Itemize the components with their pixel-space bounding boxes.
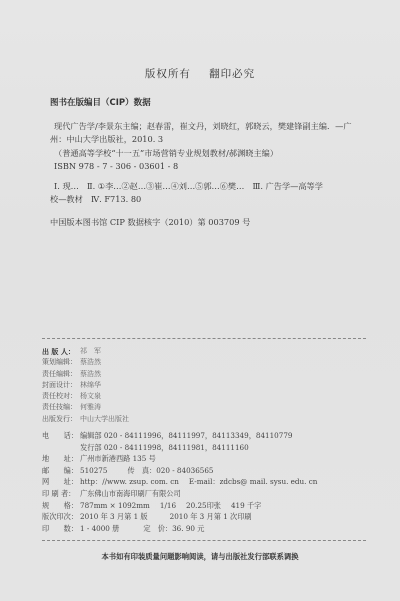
phone-label: 电 话： (42, 430, 80, 442)
cip-line-series: （普通高等学校“十一五”市场营销专业规划教材/郝渊晓主编） (50, 147, 370, 160)
cip-record-number: 中国版本图书馆 CIP 数据核字（2010）第 003709 号 (50, 216, 370, 229)
cip-bibliographic: 现代广告学/李景东主编；赵春雷，崔文丹，刘晓红，郭晓云，樊建锋副主编．—广 州：… (50, 120, 370, 174)
copyright-notice: 版权所有 翻印必究 (0, 66, 400, 81)
fax-value: 020 - 84036565 (156, 465, 213, 477)
credit-row-proofreader: 责任校对： 杨文泉 (42, 391, 372, 402)
spec-format: 1/16 (160, 500, 176, 512)
address-row: 地 址： 广州市新港西路 135 号 (42, 453, 382, 465)
cip-classification-line-2: 校—教材 Ⅳ. F713. 80 (50, 193, 370, 206)
website-row: 网 址： http：//www. zsup. com. cn E-mail： z… (42, 476, 382, 488)
cip-classification-line-1: Ⅰ. 现… Ⅱ. ①李…②赵…③崔…④刘…⑤郭…⑥樊… Ⅲ. 广告学—高等学 (50, 180, 370, 193)
copies-price-row: 印 数： 1 - 4000 册 定 价： 36. 90 元 (42, 523, 382, 535)
credit-label: 策划编辑： (42, 357, 80, 368)
website-value: http：//www. zsup. com. cn (80, 476, 179, 488)
spec-words: 419 千字 (231, 500, 261, 512)
credit-label: 出 版 人： (42, 346, 80, 357)
website-label: 网 址： (42, 476, 80, 488)
credits-list: 出 版 人： 祁 军 策划编辑： 蔡浩然 责任编辑： 蔡浩然 封面设计： 林绵华… (42, 346, 372, 425)
rights-reserved-text: 版权所有 (145, 68, 191, 80)
cip-heading: 图书在版编目（CIP）数据 (50, 96, 151, 108)
printing-value: 2010 年 3 月第 1 次印刷 (170, 511, 252, 523)
credit-label: 责任编辑： (42, 369, 80, 380)
address-label: 地 址： (42, 453, 80, 465)
cip-line-title: 现代广告学/李景东主编；赵春雷，崔文丹，刘晓红，郭晓云，樊建锋副主编．—广 (50, 120, 370, 133)
price-value: 36. 90 元 (172, 523, 204, 535)
postcode-fax-row: 邮 编： 510275 传 真： 020 - 84036565 (42, 465, 382, 477)
phone-editorial: 编辑部 020 - 84111996，84111997，84113349，841… (80, 430, 292, 442)
email-label: E-mail： (189, 476, 220, 488)
credit-value: 祁 军 (80, 346, 101, 357)
credit-label: 出版发行： (42, 414, 80, 425)
phone-row: 电 话： 编辑部 020 - 84111996，84111997，8411334… (42, 430, 382, 442)
credit-row-publisher: 出 版 人： 祁 军 (42, 346, 372, 357)
spec-label: 规 格： (42, 500, 80, 512)
email-value: zdcbs@ mail. sysu. edu. cn (220, 476, 318, 488)
spec-sheets: 20.25印张 (186, 500, 221, 512)
print-quality-notice: 本书如有印装质量问题影响阅读，请与出版社发行部联系调换 (0, 552, 400, 562)
credit-label: 封面设计： (42, 380, 80, 391)
fax-label: 传 真： (127, 465, 156, 477)
credit-row-responsible-editor: 责任编辑： 蔡浩然 (42, 369, 372, 380)
credit-label: 责任校对： (42, 391, 80, 402)
copyright-page: 版权所有 翻印必究 图书在版编目（CIP）数据 现代广告学/李景东主编；赵春雷，… (0, 0, 400, 601)
credit-value: 蔡浩然 (80, 369, 101, 380)
printer-row: 印 刷 者： 广东佛山市南海印刷厂有限公司 (42, 488, 382, 500)
spec-row: 规 格： 787mm × 1092mm 1/16 20.25印张 419 千字 (42, 500, 382, 512)
credit-row-planning-editor: 策划编辑： 蔡浩然 (42, 357, 372, 368)
credit-label: 责任技编： (42, 402, 80, 413)
phone-distribution: 发行部 020 - 84111998，84111981，84111160 (80, 442, 249, 454)
credit-value: 林绵华 (80, 380, 101, 391)
phone-distribution-row: 发行部 020 - 84111998，84111981，84111160 (42, 442, 382, 454)
credit-row-distribution: 出版发行： 中山大学出版社 (42, 414, 372, 425)
price-label: 定 价： (143, 523, 172, 535)
top-divider (42, 338, 366, 339)
cip-line-isbn: ISBN 978 - 7 - 306 - 03601 - 8 (50, 160, 370, 173)
printer-label: 印 刷 者： (42, 488, 80, 500)
edition-row: 版次印次： 2010 年 3 月第 1 版 2010 年 3 月第 1 次印刷 (42, 511, 382, 523)
credit-value: 蔡浩然 (80, 357, 101, 368)
copies-label: 印 数： (42, 523, 80, 535)
credit-row-technical-editor: 责任技编： 何雅涛 (42, 402, 372, 413)
credit-row-cover-design: 封面设计： 林绵华 (42, 380, 372, 391)
copies-value: 1 - 4000 册 (80, 523, 119, 535)
printer-value: 广东佛山市南海印刷厂有限公司 (80, 488, 181, 500)
credit-value: 杨文泉 (80, 391, 101, 402)
credit-value: 何雅涛 (80, 402, 101, 413)
edition-value: 2010 年 3 月第 1 版 (80, 511, 148, 523)
spec-size: 787mm × 1092mm (80, 500, 150, 512)
piracy-prohibited-text: 翻印必究 (209, 68, 255, 80)
bottom-divider (42, 540, 366, 541)
edition-label: 版次印次： (42, 511, 80, 523)
cip-record-number-text: 中国版本图书馆 CIP 数据核字（2010）第 003709 号 (50, 216, 370, 229)
credit-value: 中山大学出版社 (80, 414, 129, 425)
postcode-label: 邮 编： (42, 465, 80, 477)
postcode-value: 510275 (80, 465, 107, 477)
cip-classification: Ⅰ. 现… Ⅱ. ①李…②赵…③崔…④刘…⑤郭…⑥樊… Ⅲ. 广告学—高等学 校… (50, 180, 370, 207)
address-value: 广州市新港西路 135 号 (80, 453, 156, 465)
cip-line-publisher: 州：中山大学出版社，2010. 3 (50, 133, 370, 146)
publication-info: 电 话： 编辑部 020 - 84111996，84111997，8411334… (42, 430, 382, 534)
